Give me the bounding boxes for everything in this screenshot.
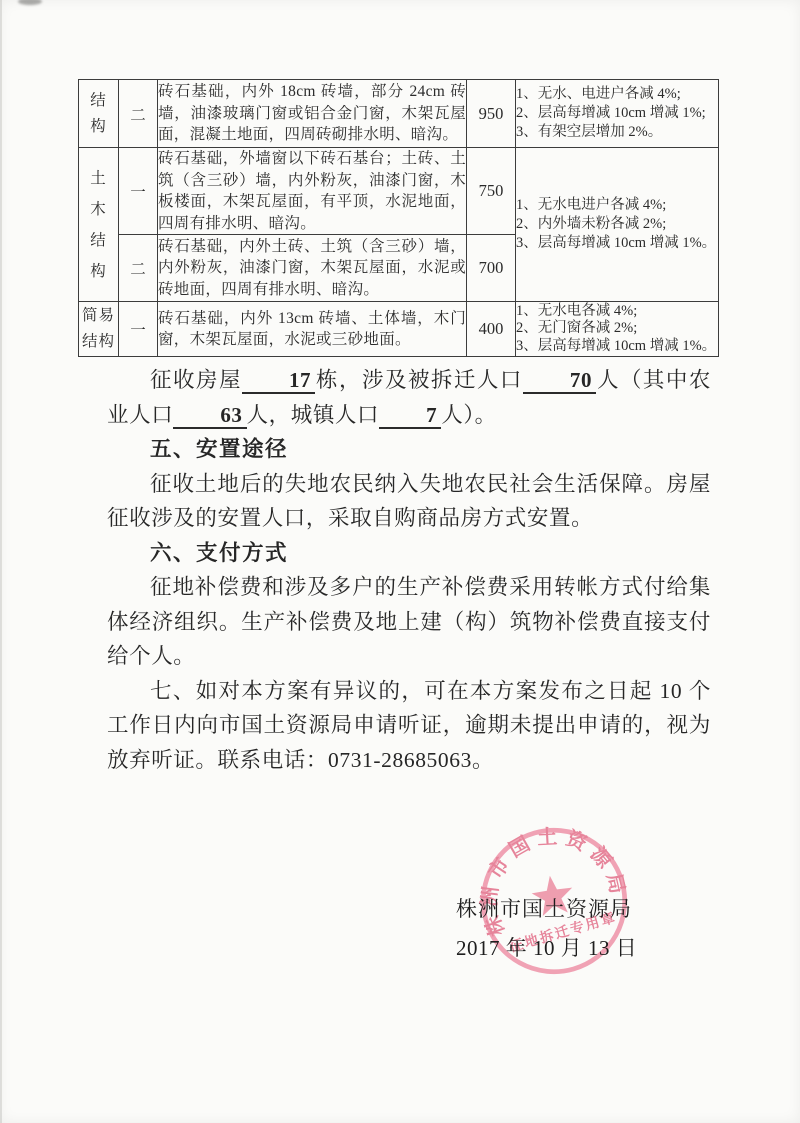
stats-text: 栋，涉及被拆迁人口 (315, 368, 523, 392)
grade-cell: 一 (119, 148, 158, 235)
description-cell: 砖石基础，内外土砖、土筑（含三砂）墙，内外粉灰，油漆门窗，木架瓦屋面，水泥或砖地… (158, 235, 467, 302)
table-row: 简易 结构 一 砖石基础，内外 13cm 砖墙、土体墙，木门窗，木架瓦屋面，水泥… (79, 302, 719, 357)
section-5-heading: 五、安置途径 (107, 432, 711, 467)
stats-text: 征收房屋 (150, 368, 242, 392)
scan-artifact-smudge (18, 0, 42, 5)
section-6-paragraph: 征地补偿费和涉及多户的生产补偿费采用转帐方式付给集体经济组织。生产补偿费及地上建… (107, 570, 711, 674)
price-cell: 400 (467, 302, 516, 357)
table-row: 土 木 结 构 一 砖石基础，外墙窗以下砖石基台；土砖、土筑（含三砂）墙，内外粉… (79, 148, 719, 235)
signature-date: 2017 年 10 月 13 日 (456, 932, 637, 962)
adjustment-notes-cell: 1、无水、电进户各减 4%; 2、层高每增减 10cm 增减 1%; 3、有架空… (516, 80, 719, 148)
stats-text: 人，城镇人口 (247, 403, 380, 427)
category-cell-simple-structure: 简易 结构 (79, 302, 119, 357)
blank-houses-count: 17 (242, 368, 315, 394)
blank-population-total: 70 (523, 368, 596, 394)
category-cell-civil-structure: 土 木 结 构 (79, 148, 119, 302)
scanned-document-page: 结 构 二 砖石基础，内外 18cm 砖墙，部分 24cm 砖墙，油漆玻璃门窗或… (0, 0, 800, 1123)
grade-cell: 一 (119, 302, 158, 357)
stats-text: 人）。 (441, 403, 497, 427)
category-cell-structure: 结 构 (79, 80, 119, 148)
grade-cell: 二 (119, 235, 158, 302)
section-7-paragraph: 七、如对本方案有异议的，可在本方案发布之日起 10 个工作日内向市国土资源局申请… (107, 674, 711, 778)
section-6-heading: 六、支付方式 (107, 536, 711, 571)
price-cell: 750 (467, 148, 516, 235)
blank-agricultural-population: 63 (173, 403, 246, 429)
paragraph-housing-stats: 征收房屋17栋，涉及被拆迁人口70人（其中农业人口63人，城镇人口7人）。 (107, 363, 711, 432)
adjustment-notes-cell: 1、无水电各减 4%; 2、无门窗各减 2%; 3、层高每增减 10cm 增减 … (516, 302, 719, 357)
description-cell: 砖石基础，内外 18cm 砖墙，部分 24cm 砖墙，油漆玻璃门窗或铝合金门窗，… (158, 80, 467, 148)
table-row: 结 构 二 砖石基础，内外 18cm 砖墙，部分 24cm 砖墙，油漆玻璃门窗或… (79, 80, 719, 148)
section-5-paragraph: 征收土地后的失地农民纳入失地农民社会生活保障。房屋征收涉及的安置人口，采取自购商… (107, 467, 711, 536)
adjustment-notes-cell: 1、无水电进户各减 4%; 2、内外墙未粉各减 2%; 3、层高每增减 10cm… (516, 148, 719, 302)
description-cell: 砖石基础，内外 13cm 砖墙、土体墙，木门窗，木架瓦屋面，水泥或三砂地面。 (158, 302, 467, 357)
blank-urban-population: 7 (379, 403, 441, 429)
compensation-standards-table: 结 构 二 砖石基础，内外 18cm 砖墙，部分 24cm 砖墙，油漆玻璃门窗或… (78, 79, 719, 357)
price-cell: 700 (467, 235, 516, 302)
signature-organization: 株洲市国土资源局 (456, 893, 632, 923)
grade-cell: 二 (119, 80, 158, 148)
description-cell: 砖石基础，外墙窗以下砖石基台；土砖、土筑（含三砂）墙，内外粉灰，油漆门窗，木板楼… (158, 148, 467, 235)
document-body: 征收房屋17栋，涉及被拆迁人口70人（其中农业人口63人，城镇人口7人）。 五、… (107, 363, 711, 777)
price-cell: 950 (467, 80, 516, 148)
